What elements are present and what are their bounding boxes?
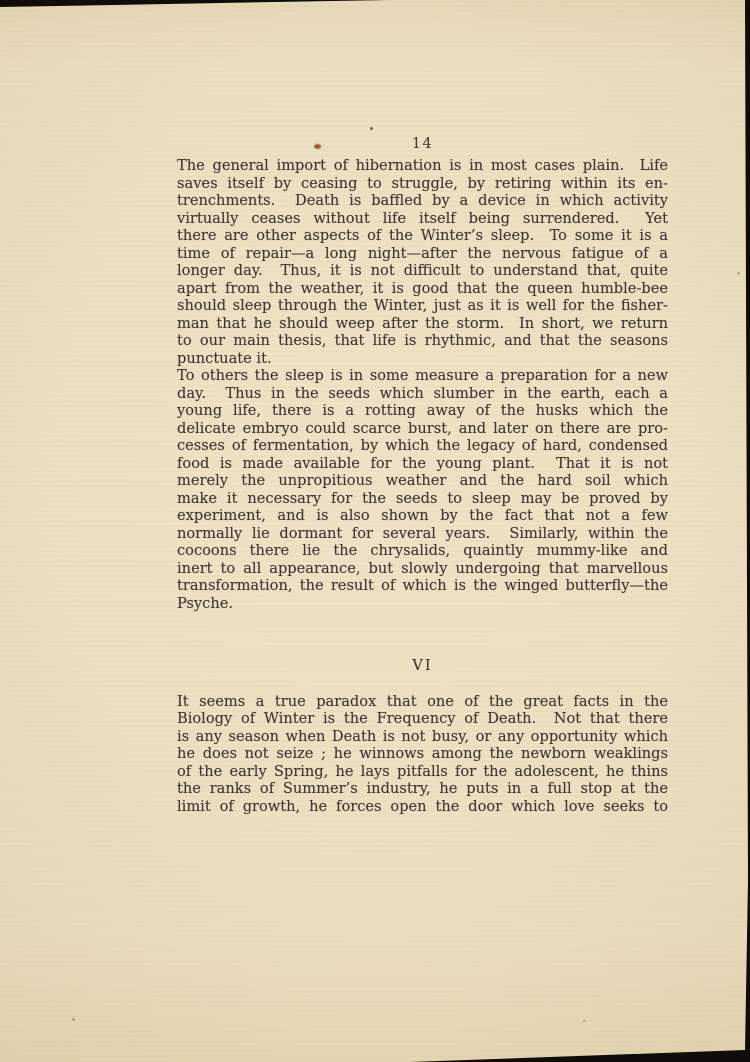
text-line: inert to all appearance, but slowly unde… — [177, 560, 668, 578]
text-line: experiment, and is also shown by the fac… — [177, 507, 668, 525]
paper-speck — [370, 127, 373, 130]
text-line: transformation, the result of which is t… — [177, 577, 668, 595]
body-text-block: The general import of hibernation is in … — [177, 157, 668, 815]
text-line: he does not seize ; he winnows among the… — [177, 745, 668, 763]
text-line: food is made available for the young pla… — [177, 455, 668, 473]
text-line: apart from the weather, it is good that … — [177, 280, 668, 298]
scanned-book-page: 14 The general import of hibernation is … — [0, 0, 750, 1062]
section-heading: VI — [177, 658, 668, 676]
paper-speck — [583, 1020, 586, 1022]
text-line: young life, there is a rotting away of t… — [177, 402, 668, 420]
text-line: The general import of hibernation is in … — [177, 157, 668, 175]
text-line: there are other aspects of the Winter’s … — [177, 227, 668, 245]
text-line: saves itself by ceasing to struggle, by … — [177, 175, 668, 193]
text-line: To others the sleep is in some measure a… — [177, 367, 668, 385]
text-line: normally lie dormant for several years. … — [177, 525, 668, 543]
page-number: 14 — [177, 136, 668, 152]
text-line: trenchments. Death is baffled by a devic… — [177, 192, 668, 210]
text-line: virtually ceases without life itself bei… — [177, 210, 668, 228]
paper-speck — [737, 272, 740, 275]
paragraph: The general import of hibernation is in … — [177, 157, 668, 367]
text-line: day. Thus in the seeds which slumber in … — [177, 385, 668, 403]
text-line: merely the unpropitious weather and the … — [177, 472, 668, 490]
text-line: should sleep through the Winter, just as… — [177, 297, 668, 315]
paper-speck — [72, 1018, 75, 1021]
text-line: punctuate it. — [177, 350, 668, 368]
text-line: Biology of Winter is the Frequency of De… — [177, 710, 668, 728]
text-line: is any season when Death is not busy, or… — [177, 728, 668, 746]
text-line: cesses of fermentation, by which the leg… — [177, 437, 668, 455]
text-line: Psyche. — [177, 595, 668, 613]
text-line: to our main thesis, that life is rhythmi… — [177, 332, 668, 350]
text-line: make it necessary for the seeds to sleep… — [177, 490, 668, 508]
text-line: of the early Spring, he lays pitfalls fo… — [177, 763, 668, 781]
text-line: time of repair—a long night—after the ne… — [177, 245, 668, 263]
paper-sheet: 14 The general import of hibernation is … — [0, 0, 750, 1062]
text-line: delicate embryo could scarce burst, and … — [177, 420, 668, 438]
paragraph: It seems a true paradox that one of the … — [177, 693, 668, 816]
text-line: the ranks of Summer’s industry, he puts … — [177, 780, 668, 798]
text-line: man that he should weep after the storm.… — [177, 315, 668, 333]
text-line: cocoons there lie the chrysalids, quaint… — [177, 542, 668, 560]
text-line: It seems a true paradox that one of the … — [177, 693, 668, 711]
paragraph: To others the sleep is in some measure a… — [177, 367, 668, 612]
text-line: limit of growth, he forces open the door… — [177, 798, 668, 816]
text-line: longer day. Thus, it is not difficult to… — [177, 262, 668, 280]
